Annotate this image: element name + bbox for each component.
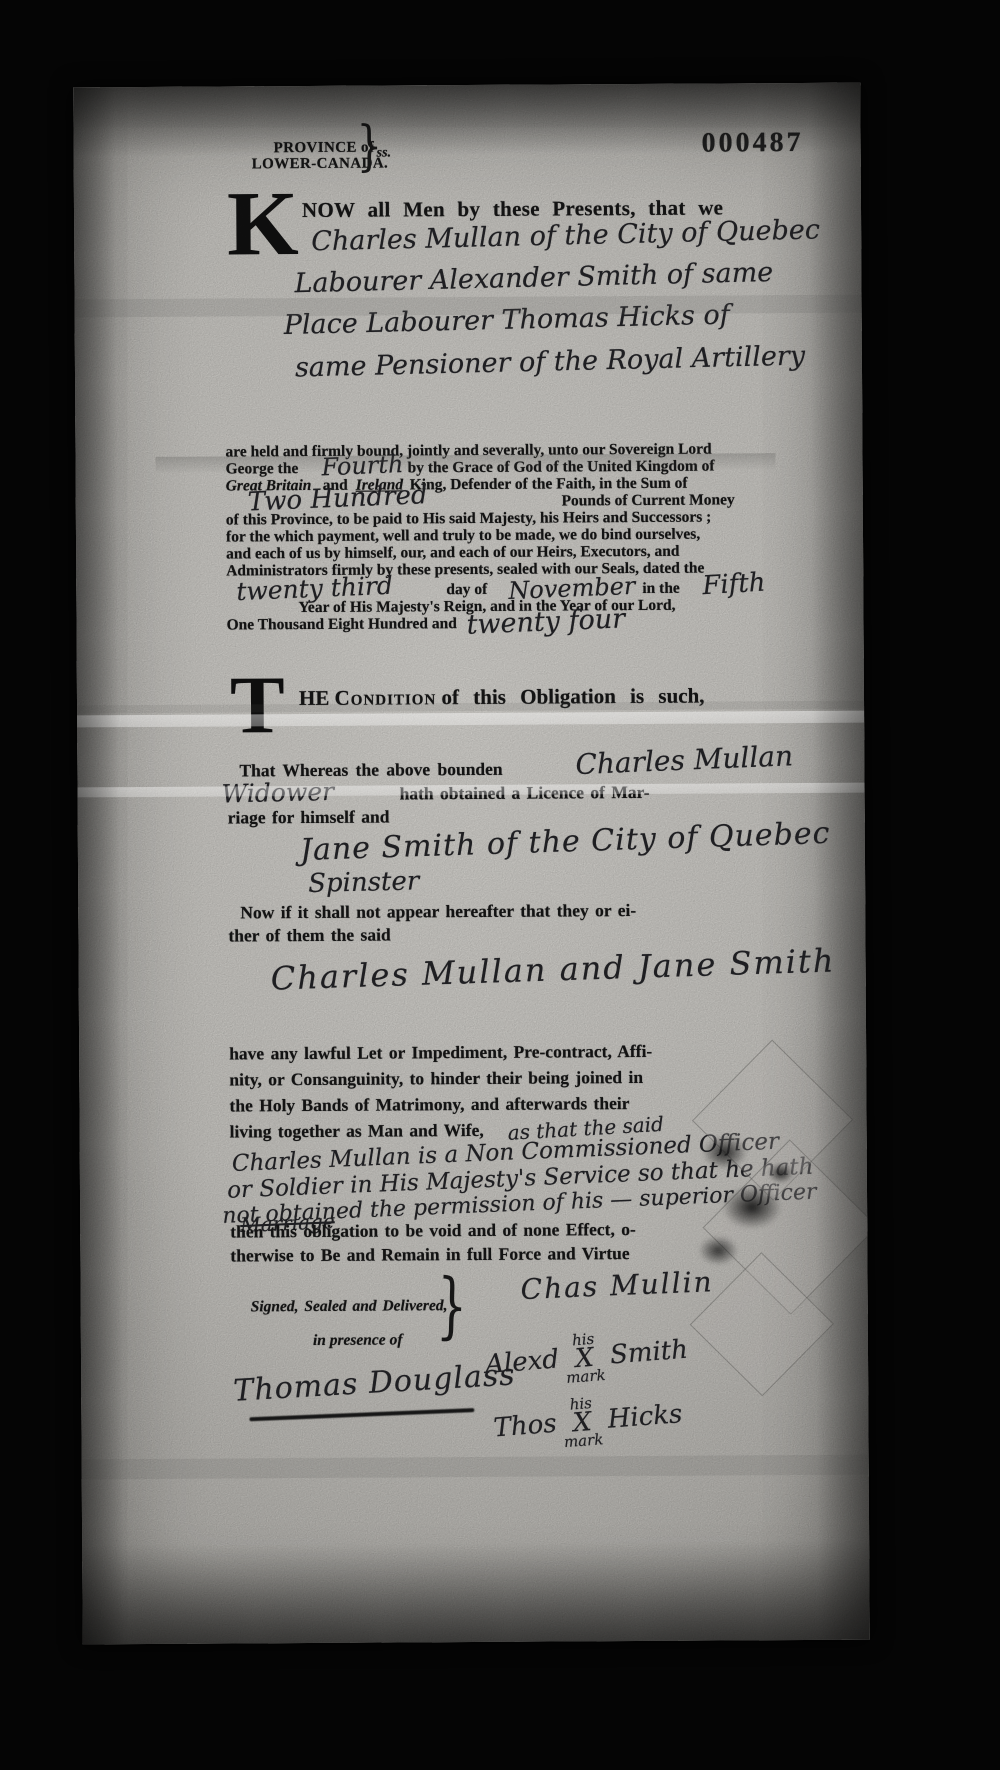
condition-p7: ther of them the said — [228, 924, 390, 946]
condition-head-c: of this Obligation is such, — [441, 684, 704, 710]
ink-blotch-3 — [698, 1235, 738, 1265]
condition-p2: hath obtained a Licence of Mar- — [400, 782, 650, 805]
sig-hicks-name-post: Hicks — [607, 1399, 684, 1435]
witness-brace: } — [436, 1263, 469, 1349]
condition-p3: riage for himself and — [228, 807, 390, 829]
couple-names-handwritten: Charles Mullan and Jane Smith — [270, 941, 836, 997]
condition-head-b: Condition — [335, 685, 437, 710]
bond-year-handwritten: twenty four — [466, 603, 626, 640]
bond-line-9b: in the — [642, 580, 680, 598]
condition-p9: have any lawful Let or Impediment, Pre-c… — [229, 1041, 652, 1065]
document-page: PROVINCE of LOWER-CANADA. } ss. 000487 K… — [73, 83, 869, 1645]
sig-hicks-name-pre: Thos — [492, 1409, 557, 1444]
signature-alexander-smith: AlexdhisXmarkSmith — [483, 1325, 690, 1392]
condition-p16: then this obligation to be void and of n… — [230, 1219, 636, 1242]
signature-thomas-hicks: ThoshisXmarkHicks — [492, 1389, 685, 1455]
handwritten-principals-4: same Pensioner of the Royal Artillery — [295, 341, 806, 384]
condition-p10: nity, or Consanguinity, to hinder their … — [229, 1067, 643, 1091]
ss-abbreviation: ss. — [377, 145, 392, 161]
condition-p11: the Holy Bands of Matrimony, and afterwa… — [229, 1093, 629, 1116]
groom-name-handwritten: Charles Mullan — [575, 739, 794, 781]
ink-blotch-4 — [768, 1163, 794, 1183]
handwritten-principals-2: Labourer Alexander Smith of same — [294, 257, 773, 299]
dropcap-k: K — [227, 188, 299, 258]
sig-smith-name-post: Smith — [609, 1335, 689, 1371]
ink-blotch-2 — [722, 1185, 782, 1229]
handwritten-principals-3: Place Labourer Thomas Hicks of — [283, 300, 730, 342]
witness-label-2: in presence of — [313, 1331, 403, 1350]
condition-p17: therwise to Be and Remain in full Force … — [230, 1243, 629, 1266]
bond-paragraph: are held and firmly bound, jointly and s… — [73, 83, 860, 88]
sig-hicks-mark: mark — [563, 1432, 603, 1450]
sig-smith-name-pre: Alexd — [484, 1344, 560, 1380]
signature-witness: Thomas Douglass — [232, 1357, 516, 1408]
bond-line-2a: George the — [226, 460, 299, 478]
groom-status-handwritten: Widower — [221, 777, 334, 809]
dropcap-t: T — [230, 674, 285, 736]
condition-p6: Now if it shall not appear hereafter tha… — [240, 900, 636, 923]
condition-head-a: HE — [299, 686, 329, 710]
scanned-document-view: PROVINCE of LOWER-CANADA. } ss. 000487 K… — [0, 0, 1000, 1770]
bond-regnal-year-handwritten: Fifth — [701, 568, 766, 602]
witness-label-1: Signed, Sealed and Delivered, — [251, 1297, 448, 1316]
signature-charles-mullan: Chas Mullin — [520, 1265, 714, 1306]
bond-line-11: One Thousand Eight Hundred and — [226, 615, 456, 634]
bond-line-9a: day of — [446, 581, 487, 599]
signature-flourish — [249, 1408, 474, 1421]
bride-status-handwritten: Spinster — [308, 866, 420, 899]
sig-smith-mark: mark — [566, 1368, 606, 1386]
ink-blotch-1 — [702, 1135, 748, 1169]
condition-p12: living together as Man and Wife, — [230, 1120, 484, 1143]
stamp-number: 000487 — [702, 127, 804, 160]
